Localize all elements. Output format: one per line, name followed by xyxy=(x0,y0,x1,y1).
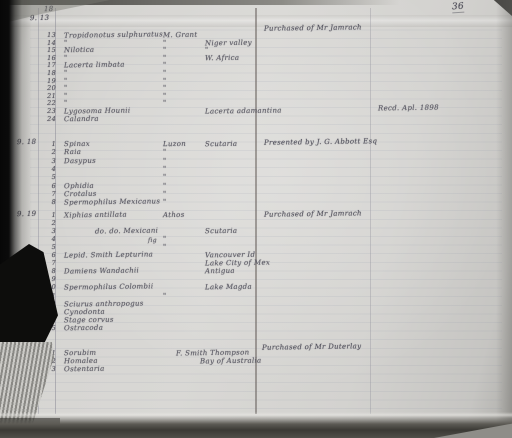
ditto-mark: " xyxy=(163,235,167,243)
register-row: 3Dasypus" xyxy=(0,157,512,165)
species-entry: Spermophilus Mexicanus xyxy=(64,197,160,206)
species-entry: Ostracoda xyxy=(64,323,103,332)
register-row: 14Stage corvus xyxy=(0,316,512,324)
ditto-mark: " xyxy=(163,148,167,156)
register-row: 11" xyxy=(0,292,512,300)
ditto-mark: " xyxy=(163,165,167,173)
species-entry: Cynodonta xyxy=(64,307,105,316)
register-row: 2HomaleaBay of Australia xyxy=(0,357,512,365)
register-row: 6Ophidia" xyxy=(0,182,512,190)
species-entry: Ophidia xyxy=(64,181,94,189)
register-row: 24Calandra xyxy=(0,115,512,123)
scanned-ledger-photo: 36 Recd. Apl. 1898 fig 18 9. 13 Purchase… xyxy=(0,0,512,438)
species-entry: Calandra xyxy=(64,114,99,122)
register-row: 2Raia" xyxy=(0,148,512,156)
species-entry: Spinax xyxy=(64,140,90,148)
ditto-mark: " xyxy=(163,157,167,165)
collector-or-origin: Luzon xyxy=(163,140,186,148)
specimen-number: 2 xyxy=(40,148,56,156)
specimen-number: 5 xyxy=(40,173,56,181)
locality: Scutaria xyxy=(205,140,237,148)
specimen-number: 4 xyxy=(40,165,56,173)
ditto-mark: " xyxy=(163,243,167,251)
register-row: 5" xyxy=(0,173,512,181)
register-row: 10Spermophilus ColombiiLake Magda xyxy=(0,283,512,291)
page-bottom-edge xyxy=(0,412,512,438)
collector-or-origin: Athos xyxy=(163,211,185,219)
register-row: 2 xyxy=(0,219,512,227)
specimen-number: 1 xyxy=(40,211,56,219)
register-row: 15Ostracoda xyxy=(0,324,512,332)
specimen-number: 1 xyxy=(40,140,56,148)
page-right-edge xyxy=(496,0,512,438)
ditto-mark: " xyxy=(163,291,167,299)
ditto-mark: " xyxy=(163,190,167,198)
specimen-number: 8 xyxy=(40,198,56,206)
register-row: 1SpinaxLuzonScutaria xyxy=(0,140,512,148)
register-row: 7Crotalus" xyxy=(0,190,512,198)
ditto-mark: " xyxy=(163,173,167,181)
locality: Antigua xyxy=(205,267,235,275)
specimen-number: 6 xyxy=(40,181,56,189)
specimen-number: 24 xyxy=(40,114,56,122)
locality: Lake Magda xyxy=(205,283,252,292)
register-row: 5" xyxy=(0,243,512,251)
register-row: 3Ostentaria xyxy=(0,365,512,373)
ditto-mark: " xyxy=(163,181,167,189)
species-entry: Raia xyxy=(64,148,81,156)
register-row: 4" xyxy=(0,165,512,173)
ditto-mark: " xyxy=(163,198,167,206)
register-row: 3do. do. MexicaniScutaria xyxy=(0,227,512,235)
register-row: 12Sciurus anthropogus xyxy=(0,300,512,308)
register-row: 4" xyxy=(0,235,512,243)
species-entry: Stage corvus xyxy=(64,315,114,324)
register-row: 7Lake City of Mex xyxy=(0,259,512,267)
specimen-number: 7 xyxy=(40,190,56,198)
register-row: 9 xyxy=(0,275,512,283)
register-row: 8Damiens WandachiiAntigua xyxy=(0,267,512,275)
species-entry: Crotalus xyxy=(64,190,97,198)
species-entry: Dasypus xyxy=(64,156,96,164)
register-row: 1Xiphias antillataAthos xyxy=(0,211,512,219)
specimen-number: 3 xyxy=(40,156,56,164)
locality: Scutaria xyxy=(205,227,237,235)
species-entry: Ostentaria xyxy=(64,365,105,374)
register-row: 8Spermophilus Mexicanus" xyxy=(0,198,512,206)
register-row: 13Cynodonta xyxy=(0,308,512,316)
